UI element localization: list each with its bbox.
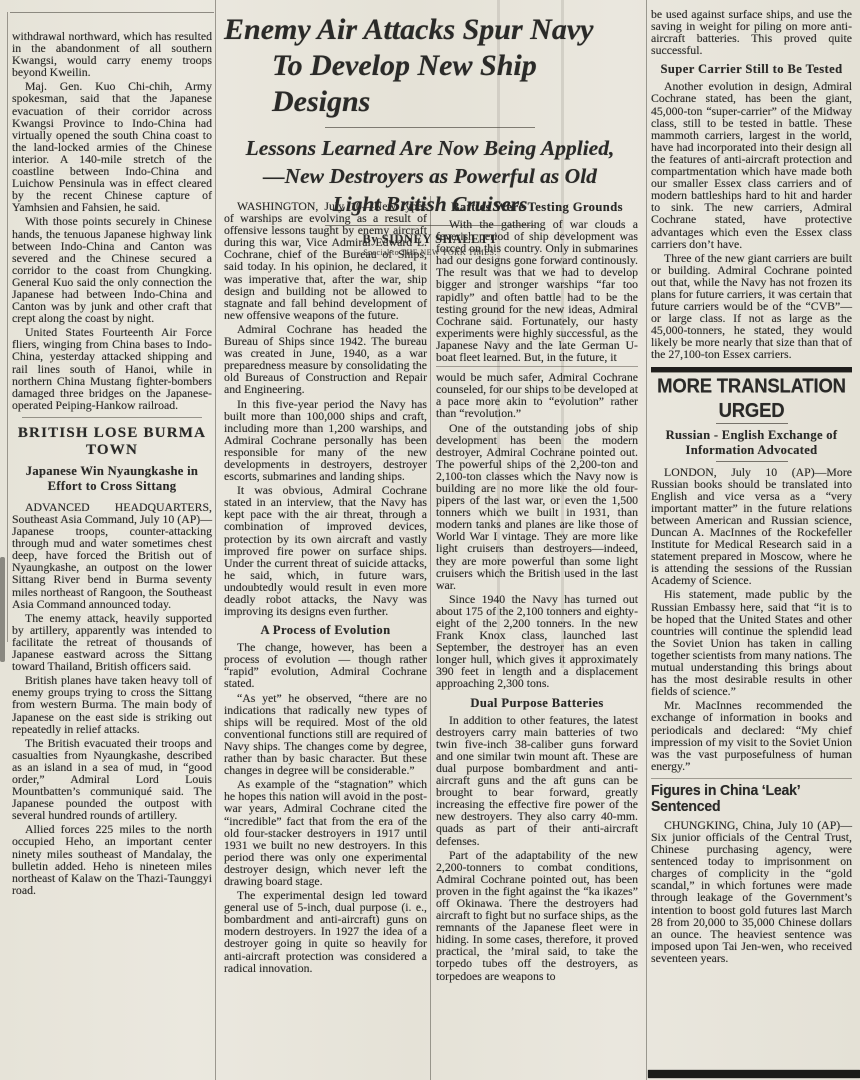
article-paragraph: be used against surface ships, and use t… [651, 8, 852, 56]
column-rule-1 [215, 0, 216, 1080]
main-headline: Enemy Air Attacks Spur Navy To Develop N… [220, 12, 640, 120]
deck-line: Lessons Learned Are Now Being Applied, [220, 134, 640, 162]
newspaper-page: withdrawal northward, which has resulted… [0, 0, 860, 1080]
navy-article-column-2: Battles Were Testing Grounds With the ga… [436, 200, 638, 984]
crosshead-super-carrier: Super Carrier Still to Be Tested [651, 62, 852, 77]
headline-line-1: Enemy Air Attacks Spur Navy [220, 12, 640, 48]
left-column: withdrawal northward, which has resulted… [12, 30, 212, 898]
scan-edge-mark [0, 557, 5, 662]
article-paragraph: The experimental design led toward gener… [224, 889, 427, 974]
article-paragraph: The enemy attack, heavily supported by a… [12, 612, 212, 672]
article-paragraph: In this five-year period the Navy has bu… [224, 398, 427, 483]
section-divider [22, 417, 202, 418]
article-paragraph: It was obvious, Admiral Cochrane stated … [224, 484, 427, 617]
column-rule-2 [430, 196, 431, 1080]
headline-line-2: To Develop New Ship Designs [220, 48, 640, 120]
article-paragraph: Maj. Gen. Kuo Chi-chih, Army spokesman, … [12, 80, 212, 213]
translation-subhead-line: Information Advocated [651, 443, 852, 458]
article-paragraph: Part of the adaptability of the new 2,20… [436, 849, 638, 982]
article-paragraph: The British evacuated their troops and c… [12, 737, 212, 822]
article-paragraph: Since 1940 the Navy has turned out about… [436, 593, 638, 690]
bottom-black-bar [648, 1070, 860, 1078]
article-paragraph: Another evolution in design, Admiral Coc… [651, 80, 852, 249]
article-paragraph: would be much safer, Admiral Cochrane co… [436, 371, 638, 419]
burma-subhead: Japanese Win Nyaungkashe in Effort to Cr… [12, 464, 212, 494]
article-paragraph: Mr. MacInnes recommended the exchange of… [651, 699, 852, 772]
article-paragraph: As example of the “stagnation” which he … [224, 778, 427, 887]
deck-line: —New Destroyers as Powerful as Old [220, 162, 640, 190]
article-paragraph: In addition to other features, the lates… [436, 714, 638, 847]
subhead-short-rule [716, 461, 788, 462]
left-column-top-rule [10, 12, 214, 13]
article-paragraph: British planes have taken heavy toll of … [12, 674, 212, 734]
article-paragraph: His statement, made public by the Russia… [651, 588, 852, 697]
navy-article-column-1: WASHINGTON, July 10—New types of warship… [224, 200, 427, 976]
crosshead-battles-testing-grounds: Battles Were Testing Grounds [436, 200, 638, 215]
article-paragraph: withdrawal northward, which has resulted… [12, 30, 212, 78]
article-paragraph: The change, however, has been a process … [224, 641, 427, 689]
article-paragraph: With those points securely in Chinese ha… [12, 215, 212, 324]
article-paragraph: Three of the new giant carriers are buil… [651, 252, 852, 361]
section-divider [651, 778, 852, 779]
left-column-left-rule [7, 12, 8, 642]
headline-short-rule [716, 423, 788, 424]
article-paragraph: “As yet” he observed, “there are no indi… [224, 692, 427, 777]
burma-subhead-line: Japanese Win Nyaungkashe in [12, 464, 212, 479]
article-paragraph: Admiral Cochrane has headed the Bureau o… [224, 323, 427, 396]
section-heavy-bar [651, 367, 852, 372]
article-paragraph: ADVANCED HEADQUARTERS, Southeast Asia Co… [12, 501, 212, 610]
right-column: be used against surface ships, and use t… [651, 8, 852, 966]
burma-headline: BRITISH LOSE BURMA TOWN [12, 425, 212, 459]
article-paragraph: LONDON, July 10 (AP)—More Russian books … [651, 466, 852, 587]
crosshead-dual-purpose-batteries: Dual Purpose Batteries [436, 696, 638, 711]
column-rule-3 [646, 0, 647, 1080]
article-paragraph: United States Fourteenth Air Force flier… [12, 326, 212, 411]
article-paragraph: With the gathering of war clouds a fever… [436, 218, 638, 363]
article-paragraph: One of the outstanding jobs of ship deve… [436, 422, 638, 591]
article-paragraph: WASHINGTON, July 10—New types of warship… [224, 200, 427, 321]
article-paragraph: CHUNGKING, China, July 10 (AP)—Six junio… [651, 819, 852, 964]
box-rule [436, 366, 638, 367]
translation-subhead: Russian - English Exchange of Informatio… [651, 428, 852, 458]
headline-rule [325, 127, 535, 128]
crosshead-process-of-evolution: A Process of Evolution [224, 623, 427, 638]
burma-subhead-line: Effort to Cross Sittang [12, 479, 212, 494]
translation-headline: MORE TRANSLATION URGED [651, 373, 852, 422]
article-paragraph: Allied forces 225 miles to the north occ… [12, 823, 212, 896]
translation-subhead-line: Russian - English Exchange of [651, 428, 852, 443]
china-leak-headline: Figures in China ‘Leak’ Sentenced [651, 783, 846, 815]
